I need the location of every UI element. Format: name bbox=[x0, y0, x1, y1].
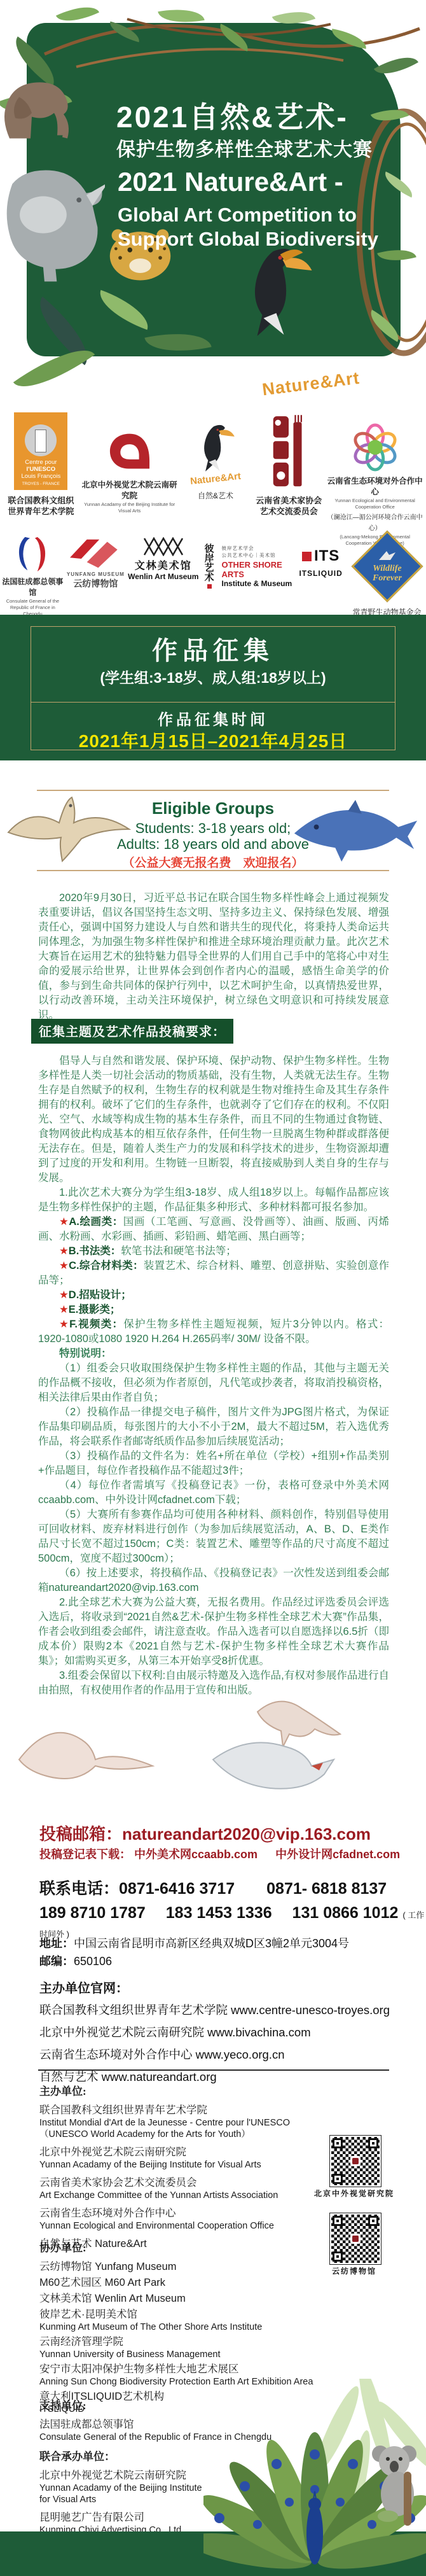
poster-subtitle-zh: 保护生物多样性全球艺术大赛 bbox=[116, 134, 373, 162]
organizers-title: 主办单位: bbox=[39, 2082, 319, 2098]
phone-line-1: 联系电话：0871-6416 3717 0871- 6818 8137 bbox=[39, 1876, 387, 1899]
supporters-title: 支持单位: bbox=[39, 2397, 319, 2412]
address-block: 地址：中国云南省昆明市高新区经典双城D区3幢2单元3004号 邮编：650106 bbox=[39, 1935, 349, 1970]
logo-yunfang-museum: YUNFANG MUSEUM 云纺博物馆 bbox=[65, 533, 126, 590]
wildlife-forever-logo-icon: Wildlife Forever bbox=[351, 530, 423, 602]
logo-france-consulate: 法国驻成都总领事馆 Consulate General of the Repub… bbox=[1, 533, 64, 617]
requirements-section-header: 征集主题及艺术作品投稿要求： bbox=[31, 1019, 233, 1044]
submission-email[interactable]: natureandart2020@vip.163.com bbox=[122, 1824, 371, 1844]
logo-nature-art: Nature&Art 自然&艺术 bbox=[181, 412, 251, 501]
yunfang-logo-icon bbox=[70, 538, 121, 569]
special-note-6: （6）按上述要求，将投稿作品、《投稿登记表》一次性发送到组委会邮箱naturea… bbox=[38, 1566, 389, 1595]
rhino-illustration bbox=[0, 143, 105, 286]
its-square-icon bbox=[302, 552, 312, 561]
call-for-works-banner: 作品征集 (学生组:3-18岁、成人组:18岁以上) 作品征集时间 2021年1… bbox=[0, 615, 426, 760]
co-organizer-item: 云纺博物馆 Yunfang Museum bbox=[39, 2260, 319, 2274]
theme-paragraph: 倡导人与自然和谐发展、保护环境、保护动物、保护生物多样性。生物多样性是人类一切社… bbox=[38, 1054, 389, 1186]
organizers-block: 主办单位: 联合国教科文组织世界青年艺术学院 Institut Mondial … bbox=[39, 2082, 319, 2257]
logo-wenlin-art-museum: 文林美术馆 Wenlin Art Museum bbox=[127, 533, 200, 581]
eligible-title: Eligible Groups bbox=[0, 799, 426, 818]
rule-item-1: 1.此次艺术大赛分为学生组3-18岁、成人组18岁以上。每幅作品都应该是生物多样… bbox=[38, 1186, 389, 1215]
co-organizer-item: 文林美术馆 Wenlin Art Museum bbox=[39, 2292, 319, 2306]
unesco-centre-logo-icon: Centre pour l'UNESCO Louis François TROY… bbox=[14, 412, 67, 490]
special-note-label: 特别说明： bbox=[38, 1347, 389, 1361]
poster-title-en: 2021 Nature&Art - bbox=[118, 167, 343, 197]
nature-art-hornbill-icon bbox=[195, 421, 237, 472]
special-note-1: （1）组委会只收取围绕保护生物多样性主题的作品，其他与主题无关的作品概不接收，但… bbox=[38, 1361, 389, 1405]
call-period-dates: 2021年1月15日–2021年4月25日 bbox=[31, 727, 395, 753]
yunnan-artists-assoc-logo-icon bbox=[271, 414, 306, 491]
logo-wildlife-forever: Wildlife Forever 常青野生动物基金会 bbox=[349, 533, 425, 618]
logo-yunnan-artists-assoc: 云南省美术家协会 艺术交流委员会 bbox=[254, 412, 324, 517]
eligible-students: Students: 3-18 years old; bbox=[0, 820, 426, 837]
website-item: 北京中外视觉艺术院云南研究院 www.bivachina.com bbox=[39, 2024, 390, 2040]
france-consulate-logo-icon bbox=[14, 533, 51, 573]
call-title: 作品征集 bbox=[31, 631, 395, 667]
website-url[interactable]: www.yeco.org.cn bbox=[196, 2048, 285, 2061]
co-organizer-item: M60艺术园区 M60 Art Park bbox=[39, 2276, 319, 2290]
nature-art-ribbon: Nature&Art bbox=[261, 368, 361, 400]
co-organizer-item: 彼岸艺术·昆明美术馆 Kunming Art Museum of The Oth… bbox=[39, 2308, 319, 2333]
co-organizer-item: 云南经济管理学院 Yunnan University of Business M… bbox=[39, 2335, 319, 2360]
official-websites-block: 主办单位官网： 联合国教科文组织世界青年艺术学院 www.centre-unes… bbox=[39, 1978, 390, 2090]
qr-code-biva bbox=[330, 2136, 381, 2187]
wenlin-lattice-icon bbox=[141, 537, 186, 556]
requirements-body: 倡导人与自然和谐发展、保护环境、保护动物、保护生物多样性。生物多样性是人类一切社… bbox=[38, 1054, 389, 1698]
websites-title: 主办单位官网： bbox=[39, 1978, 390, 1996]
section-divider bbox=[38, 2069, 389, 2071]
qr-code-yunfang bbox=[330, 2213, 381, 2264]
poster-title-zh: 2021自然&艺术- bbox=[116, 94, 348, 136]
co-organizers-title: 协办单位: bbox=[39, 2239, 319, 2255]
poster: 2021自然&艺术- 保护生物多样性全球艺术大赛 2021 Nature&Art… bbox=[0, 0, 426, 2576]
eligible-free-note: （公益大赛无报名费 欢迎报名） bbox=[0, 853, 426, 871]
website-url[interactable]: www.centre-unesco-troyes.org bbox=[231, 2003, 390, 2017]
special-note-3: （3）投稿作品的文件名为：姓名+所在单位（学校）+组别+作品类别+作品题目，每位… bbox=[38, 1449, 389, 1478]
special-note-5: （5）大赛所有参赛作品均可使用各种材料、颜料创作，特别倡导使用可回收材料、废弃材… bbox=[38, 1508, 389, 1566]
poster-subtitle-en-1: Global Art Competition to bbox=[118, 204, 357, 227]
eligible-adults: Adults: 18 years old and above bbox=[0, 836, 426, 853]
seagull-illustration bbox=[16, 1712, 162, 1801]
qr-caption-biva: 北京中外视觉研究院 bbox=[303, 2188, 405, 2199]
submission-email-line: 投稿邮箱：natureandart2020@vip.163.com bbox=[39, 1821, 371, 1845]
logo-itsliquid: ITS ITSLIQUID bbox=[294, 533, 348, 578]
special-note-4: （4）每位作者需填写《投稿登记表》一份，表格可登录中外美术网ccaabb.com… bbox=[38, 1478, 389, 1508]
call-period-label: 作品征集时间 bbox=[31, 707, 395, 729]
organizer-item: 云南省美术家协会艺术交流委员会 Art Exchange Committee o… bbox=[39, 2176, 319, 2201]
organizer-item: 北京中外视觉艺术院云南研究院 Yunnan Acadamy of the Bei… bbox=[39, 2146, 319, 2171]
category-d: ★D.招贴设计； bbox=[38, 1288, 389, 1303]
cfadnet-link[interactable]: 中外设计网cfadnet.com bbox=[275, 1848, 400, 1861]
poster-subtitle-en-2: Support Global Biodiversity bbox=[118, 228, 378, 251]
yeco-flower-logo-icon bbox=[350, 423, 400, 472]
category-b: ★B.书法类：软笔书法和硬笔书法等； bbox=[38, 1244, 389, 1259]
logo-other-shore-arts: 彼岸 艺术 彼岸艺术学会 公共艺术中心｜美术馆 OTHER SHORE ARTS… bbox=[201, 533, 293, 589]
website-url[interactable]: www.natureandart.org bbox=[102, 2070, 217, 2083]
call-groups: (学生组:3-18岁、成人组:18岁以上) bbox=[31, 666, 395, 687]
hornbill-illustration bbox=[237, 242, 316, 337]
organizer-item: 联合国教科文组织世界青年艺术学院 Institut Mondial d'Art … bbox=[39, 2104, 319, 2140]
other-shore-seal-icon: 彼岸 艺术 bbox=[201, 545, 218, 589]
website-item: 云南省生态环境对外合作中心 www.yeco.org.cn bbox=[39, 2046, 390, 2062]
call-banner-border: 作品征集 (学生组:3-18岁、成人组:18岁以上) 作品征集时间 2021年1… bbox=[31, 626, 395, 750]
eligible-groups-section: Eligible Groups Students: 3-18 years old… bbox=[0, 790, 426, 872]
gull-illustration bbox=[210, 1731, 378, 1810]
organizer-item: 云南省生态环境对外合作中心 Yunnan Ecological and Envi… bbox=[39, 2207, 319, 2232]
logo-biva: 北京中外视觉艺术院云南研究院 Yunnan Acadamy of the Bei… bbox=[82, 412, 177, 514]
biva-logo-icon bbox=[106, 431, 154, 472]
koala-illustration bbox=[369, 2440, 426, 2526]
co-organizer-item: 安宁市太阳冲保护生物多样性大地艺术展区 Anning Sun Chong Bio… bbox=[39, 2363, 319, 2388]
elephant-illustration bbox=[0, 73, 76, 146]
rule-item-2: 2.此全球艺术大赛为公益大赛，无报名费用。作品经过评选委员会评选入选后，将收录到… bbox=[38, 1595, 389, 1669]
co-organizers-block: 协办单位: 云纺博物馆 Yunfang Museum M60艺术园区 M60 A… bbox=[39, 2239, 319, 2418]
ccaabb-link[interactable]: 中外美术网ccaabb.com bbox=[134, 1848, 258, 1861]
intro-paragraph: 2020年9月30日，习近平总书记在联合国生物多样性峰会上通过视频发表重要讲话，… bbox=[38, 891, 389, 1023]
category-a: ★A.绘画类：国画（工笔画、写意画、没骨画等）、油画、版画、丙烯画、水粉画、水彩… bbox=[38, 1215, 389, 1244]
download-line: 投稿登记表下载： 中外美术网ccaabb.com 中外设计网cfadnet.co… bbox=[39, 1845, 400, 1862]
category-e: ★E.摄影类； bbox=[38, 1303, 389, 1317]
category-f: ★F.视频类：保护生物多样性主题短视频，短片3分钟以内。格式：1920-1080… bbox=[38, 1317, 389, 1347]
website-item: 联合国教科文组织世界青年艺术学院 www.centre-unesco-troye… bbox=[39, 2001, 390, 2018]
logo-unesco-centre: Centre pour l'UNESCO Louis François TROY… bbox=[3, 412, 78, 517]
special-note-2: （2）投稿作品一律提交电子稿件，图片文件为JPG图片格式，为保证作品集印刷品质，… bbox=[38, 1405, 389, 1449]
logo-yeco: 云南省生态环境对外合作中心 Yunnan Ecological and Envi… bbox=[327, 412, 423, 547]
website-url[interactable]: www.bivachina.com bbox=[207, 2026, 310, 2039]
category-c: ★C.综合材料类：装置艺术、综合材料、雕塑、创意拼贴、实验创意作品等； bbox=[38, 1259, 389, 1288]
partner-logos-row-1: Centre pour l'UNESCO Louis François TROY… bbox=[0, 412, 426, 547]
partner-logos-row-2: 法国驻成都总领事馆 Consulate General of the Repub… bbox=[0, 533, 426, 618]
